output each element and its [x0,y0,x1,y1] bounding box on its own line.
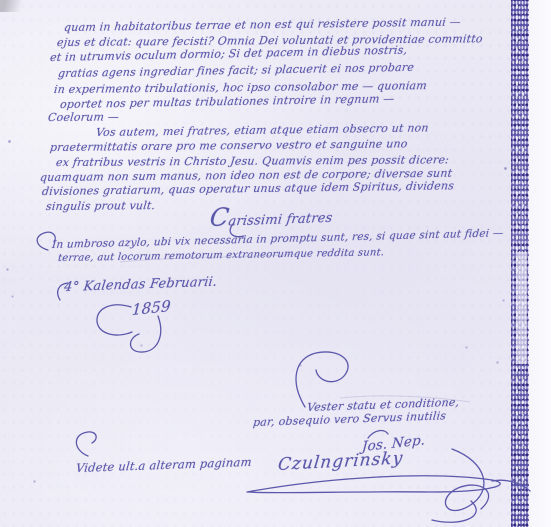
year-line: 1859 [131,298,171,319]
binding-edge-light-segment [516,252,527,364]
salutation-line: Carissimi fratres [208,200,334,232]
scanned-letter-page: quam in habitatoribus terrae et non est … [0,0,551,527]
ink-speck-dots [0,0,1,1]
handwritten-line: singulis prout vult. [45,200,156,213]
page-white-edge [529,0,551,527]
handwritten-line: Coelorum — [47,111,119,124]
scan-corner-shadow [0,0,30,12]
